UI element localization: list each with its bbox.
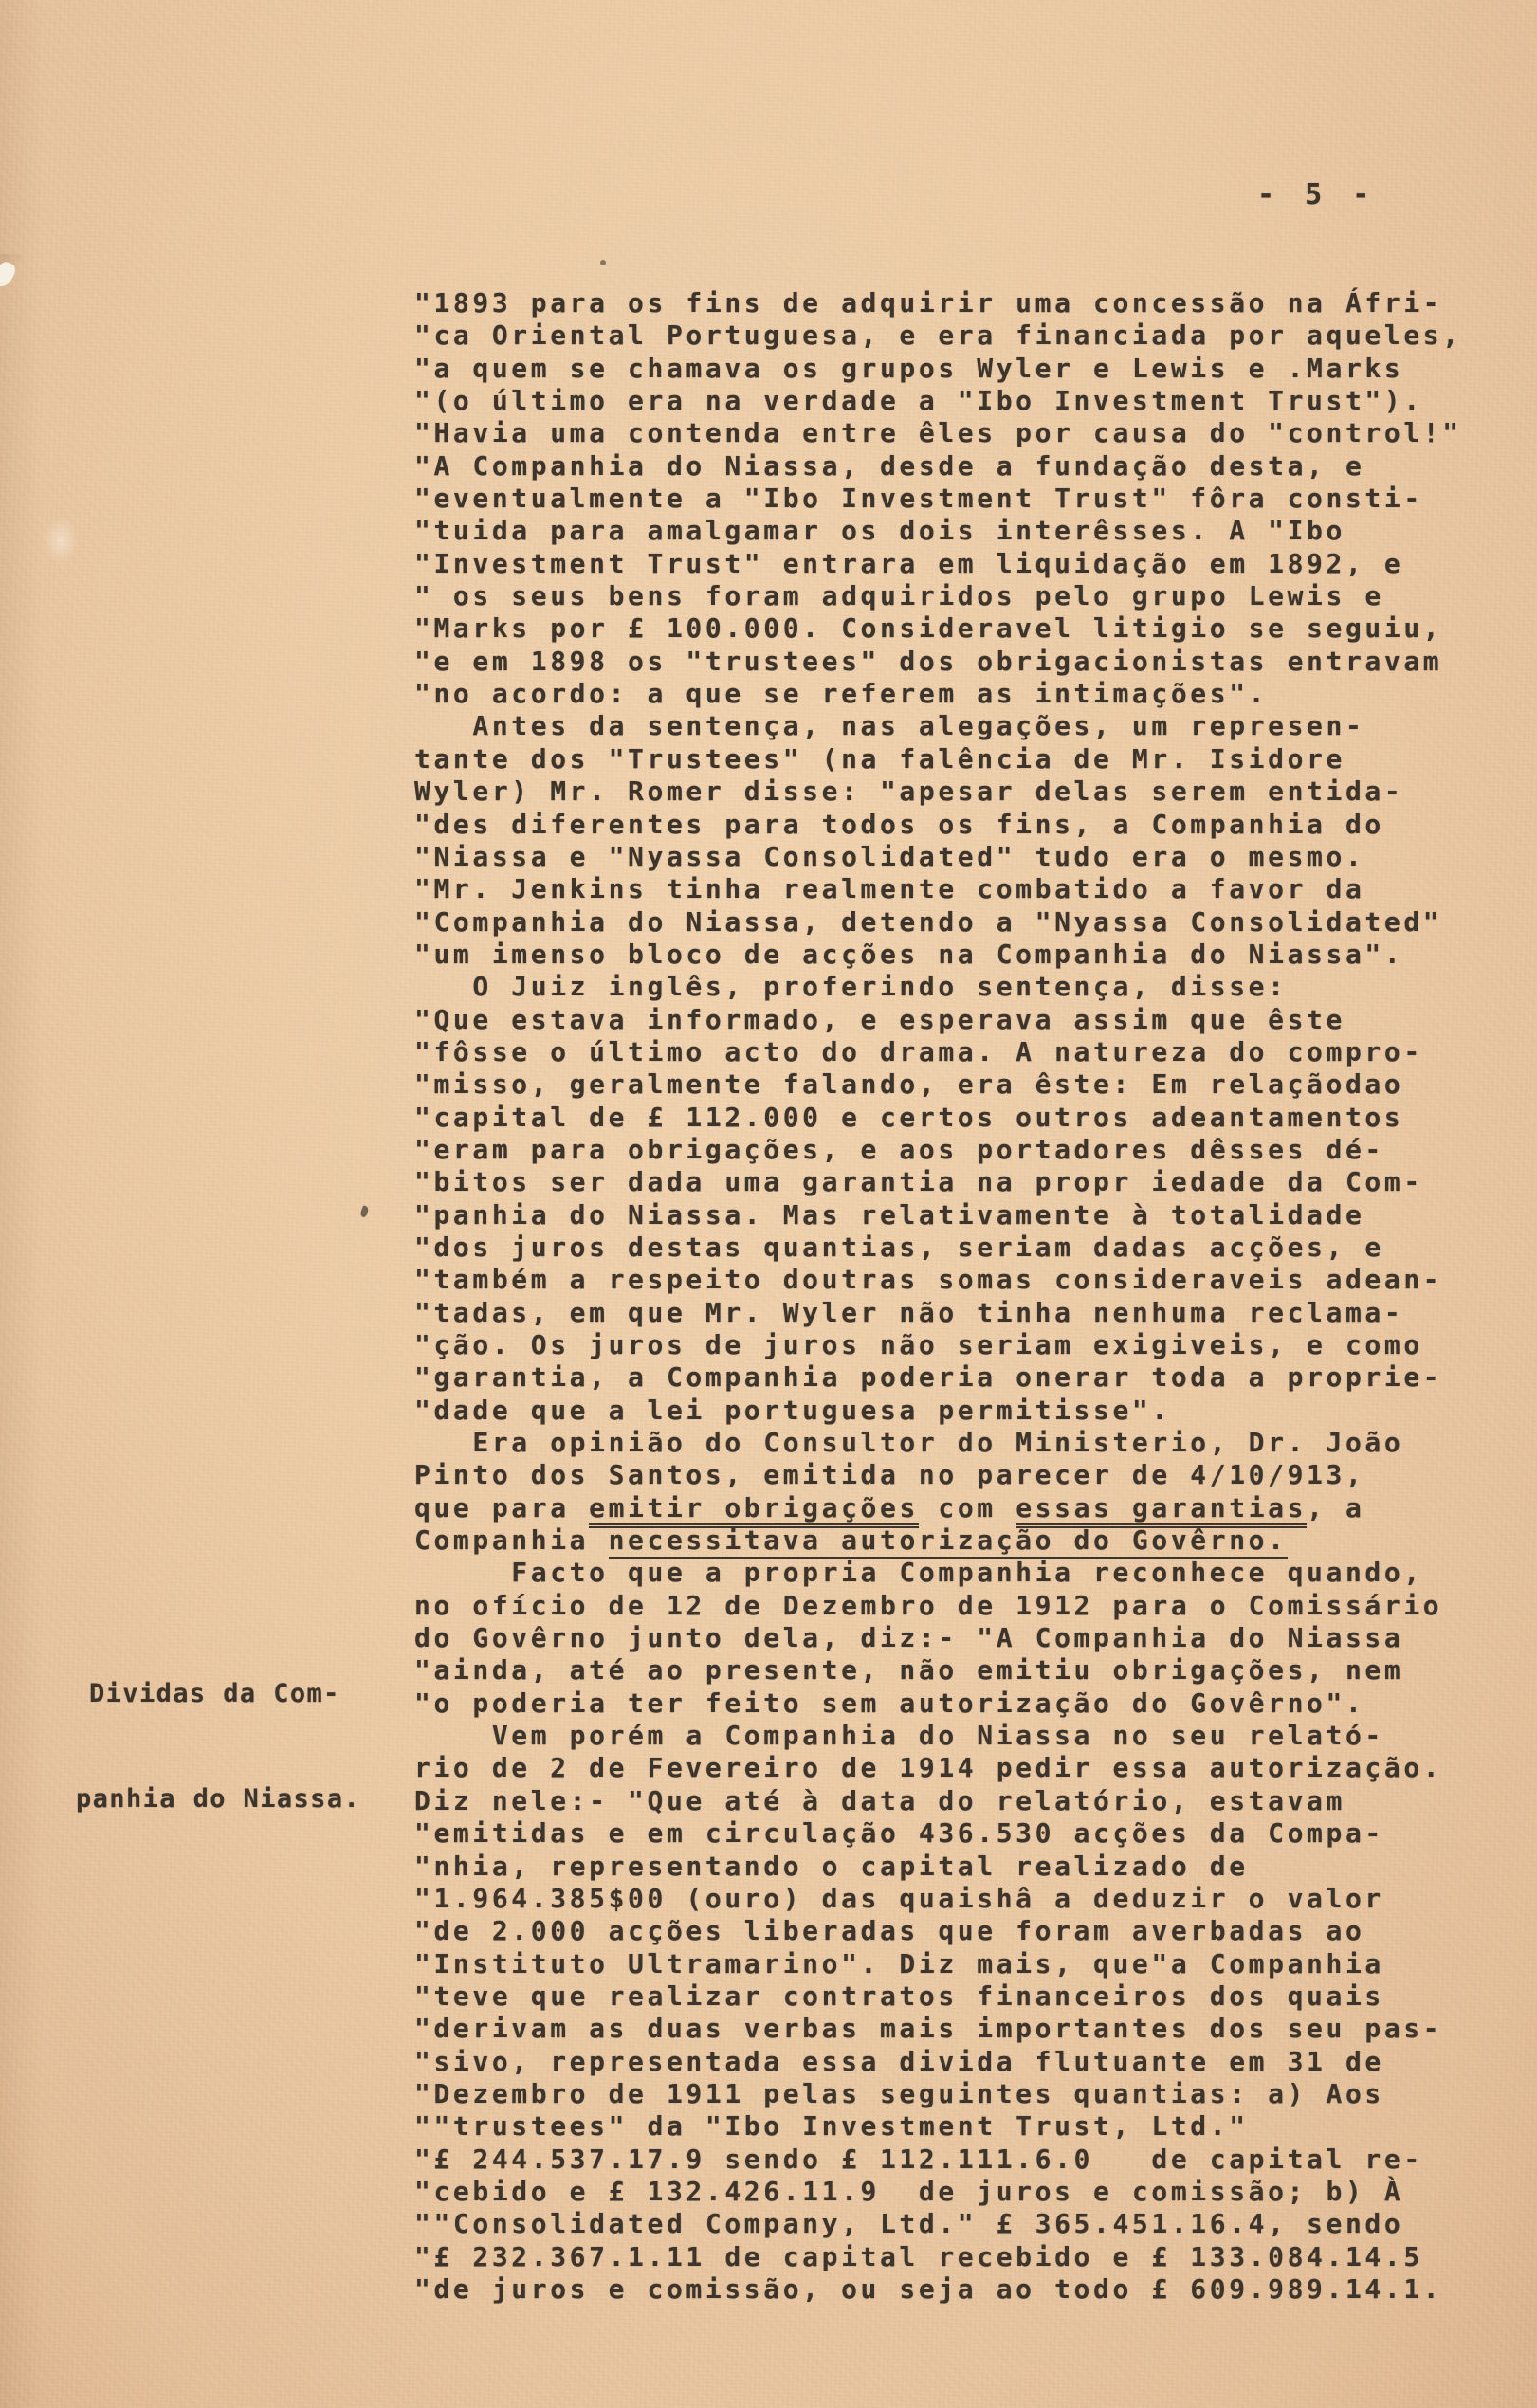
text-segment: Companhia (414, 1524, 609, 1556)
text-segment: , a (1307, 1492, 1364, 1523)
text-line: "derivam as duas verbas mais importantes… (414, 2013, 1462, 2045)
text-segment: que para (414, 1492, 589, 1523)
text-line: "misso, geralmente falando, era êste: Em… (414, 1068, 1462, 1101)
text-line: Vem porém a Companhia do Niassa no seu r… (414, 1720, 1462, 1752)
paper-chip (0, 259, 18, 290)
text-line: "ainda, até ao presente, não emitiu obri… (414, 1654, 1462, 1687)
text-line: "a quem se chamava os grupos Wyler e Lew… (414, 353, 1462, 385)
text-line: "tuida para amalgamar os dois interêsses… (414, 515, 1462, 547)
text-segment: com (919, 1492, 1016, 1523)
text-line: "Marks por £ 100.000. Consideravel litig… (414, 612, 1462, 645)
text-line: "capital de £ 112.000 e certos outros ad… (414, 1102, 1462, 1134)
text-line: "bitos ser dada uma garantia na propr ie… (414, 1166, 1462, 1198)
text-line: rio de 2 de Fevereiro de 1914 pedir essa… (414, 1752, 1462, 1784)
text-line: "dade que a lei portuguesa permitisse". (414, 1395, 1462, 1427)
text-line: "cebido e £ 132.426.11.9 de juros e comi… (414, 2176, 1462, 2208)
text-line: "1.964.385$00 (ouro) das quaishâ a deduz… (414, 1883, 1462, 1915)
text-line: "nhia, representando o capital realizado… (414, 1851, 1462, 1883)
text-line: "£ 232.367.1.11 de capital recebido e £ … (414, 2241, 1462, 2273)
text-line: "um imenso bloco de acções na Companhia … (414, 939, 1462, 971)
text-line: O Juiz inglês, proferindo sentença, diss… (414, 971, 1462, 1003)
text-line: Facto que a propria Companhia reconhece … (414, 1557, 1462, 1589)
page-number: - 5 - (1257, 178, 1376, 211)
text-line: "também a respeito doutras somas conside… (414, 1264, 1462, 1296)
text-line: "eram para obrigações, e aos portadores … (414, 1134, 1462, 1166)
text-line: ""Consolidated Company, Ltd." £ 365.451.… (414, 2208, 1462, 2240)
text-line: "Havia uma contenda entre êles por causa… (414, 417, 1462, 449)
text-line: " os seus bens foram adquiridos pelo gru… (414, 580, 1462, 612)
underlined-text: necessitava autorização do Govêrno. (609, 1524, 1288, 1559)
text-line: "Companhia do Niassa, detendo a "Nyassa … (414, 906, 1462, 939)
text-line: "1893 para os fins de adquirir uma conce… (414, 287, 1462, 319)
text-line: "des diferentes para todos os fins, a Co… (414, 809, 1462, 841)
text-line: "Investment Trust" entrara em liquidação… (414, 548, 1462, 580)
margin-note: Dividas da Com- panhia do Niassa. (76, 1606, 360, 1887)
text-line: Wyler) Mr. Romer disse: "apesar delas se… (414, 775, 1462, 808)
underlined-text: essas garantias (1016, 1492, 1307, 1528)
text-line: no ofício de 12 de Dezembro de 1912 para… (414, 1590, 1462, 1622)
text-line: "tadas, em que Mr. Wyler não tinha nenhu… (414, 1297, 1462, 1329)
text-line: "teve que realizar contratos financeiros… (414, 1980, 1462, 2013)
text-line: ""trustees" da "Ibo Investment Trust, Lt… (414, 2110, 1462, 2143)
text-line: que para emitir obrigações com essas gar… (414, 1492, 1462, 1524)
text-line: "o poderia ter feito sem autorização do … (414, 1687, 1462, 1720)
text-line: "ção. Os juros de juros não seriam exigi… (414, 1329, 1462, 1361)
text-line: "de 2.000 acções liberadas que foram ave… (414, 1915, 1462, 1947)
text-line: "e em 1898 os "trustees" dos obrigacioni… (414, 646, 1462, 678)
text-line: "Dezembro de 1911 pelas seguintes quanti… (414, 2078, 1462, 2110)
text-line: "Mr. Jenkins tinha realmente combatido a… (414, 873, 1462, 905)
text-line: do Govêrno junto dela, diz:- "A Companhi… (414, 1622, 1462, 1654)
text-line: Pinto dos Santos, emitida no parecer de … (414, 1459, 1462, 1491)
text-line: "sivo, representada essa divida flutuant… (414, 2046, 1462, 2078)
paper-fold-shadow (0, 254, 25, 292)
document-page: - 5 - Dividas da Com- panhia do Niassa. … (0, 0, 1537, 2408)
ink-speck (359, 1205, 369, 1218)
paper-blemish (44, 518, 78, 563)
margin-note-line: Dividas da Com- (76, 1676, 360, 1711)
text-line: "Instituto Ultramarino". Diz mais, que"a… (414, 1948, 1462, 1980)
text-line: "de juros e comissão, ou seja ao todo £ … (414, 2273, 1462, 2306)
text-line: "no acordo: a que se referem as intimaçõ… (414, 678, 1462, 710)
text-line: "(o último era na verdade a "Ibo Investm… (414, 385, 1462, 417)
text-line: Antes da sentença, nas alegações, um rep… (414, 710, 1462, 742)
body-text: "1893 para os fins de adquirir uma conce… (414, 287, 1462, 2306)
text-line: "£ 244.537.17.9 sendo £ 112.111.6.0 de c… (414, 2143, 1462, 2176)
text-line: "ca Oriental Portuguesa, e era financiad… (414, 319, 1462, 352)
text-line: "eventualmente a "Ibo Investment Trust" … (414, 483, 1462, 515)
text-line: Companhia necessitava autorização do Gov… (414, 1524, 1462, 1557)
text-line: "Niassa e "Nyassa Consolidated" tudo era… (414, 841, 1462, 873)
text-line: "A Companhia do Niassa, desde a fundação… (414, 450, 1462, 483)
text-line: tante dos "Trustees" (na falência de Mr.… (414, 743, 1462, 775)
text-line: "garantia, a Companhia poderia onerar to… (414, 1361, 1462, 1394)
margin-note-line: panhia do Niassa. (76, 1781, 360, 1816)
text-line: "Que estava informado, e esperava assim … (414, 1004, 1462, 1036)
text-line: "dos juros destas quantias, seriam dadas… (414, 1231, 1462, 1264)
text-line: "fôsse o último acto do drama. A naturez… (414, 1036, 1462, 1068)
ink-speck (600, 260, 606, 265)
text-line: Diz nele:- "Que até à data do relatório,… (414, 1785, 1462, 1817)
text-line: "emitidas e em circulação 436.530 acções… (414, 1817, 1462, 1850)
text-line: "panhia do Niassa. Mas relativamente à t… (414, 1199, 1462, 1231)
underlined-text: emitir obrigações (589, 1492, 919, 1528)
text-line: Era opinião do Consultor do Ministerio, … (414, 1427, 1462, 1459)
